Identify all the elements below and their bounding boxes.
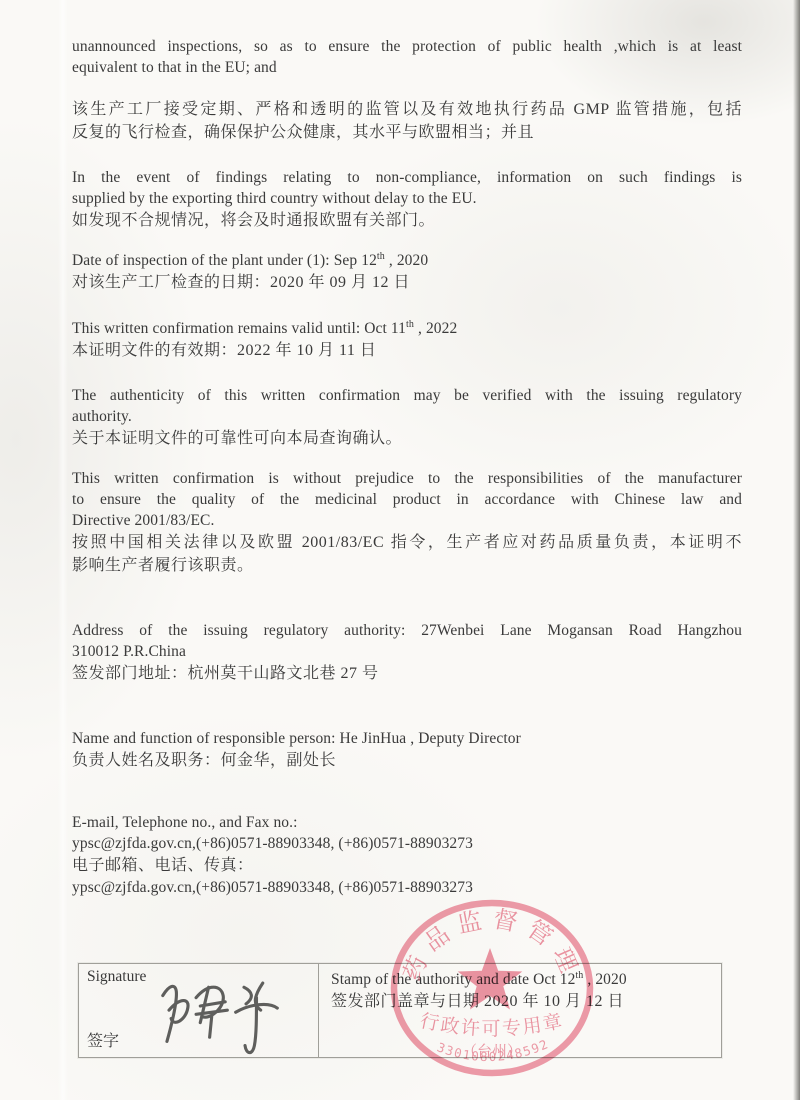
handwritten-signature <box>154 981 284 1057</box>
text-line: This written confirmation remains valid … <box>72 318 742 339</box>
text-line: 该生产工厂接受定期、严格和透明的监管以及有效地执行药品 GMP 监管措施，包括 <box>72 98 742 121</box>
text-line: Directive 2001/83/EC. <box>72 510 742 531</box>
text-line: In the event of findings relating to non… <box>72 167 742 188</box>
paragraph-contact-info: E-mail, Telephone no., and Fax no.: ypsc… <box>72 812 742 898</box>
text-line: 影响生产者履行该职责。 <box>72 554 742 577</box>
text-line: Address of the issuing regulatory author… <box>72 620 742 641</box>
text-line: 负责人姓名及职务：何金华，副处长 <box>72 749 742 772</box>
table-column-divider <box>318 964 319 1057</box>
text-line: This written confirmation is without pre… <box>72 468 742 489</box>
text-line: Name and function of responsible person:… <box>72 728 742 749</box>
text-line: E-mail, Telephone no., and Fax no.: <box>72 812 742 833</box>
text-line: unannounced inspections, so as to ensure… <box>72 36 742 57</box>
paragraph-public-health-en: unannounced inspections, so as to ensure… <box>72 36 742 78</box>
date-text: Stamp of the authority and date Oct 12 <box>331 971 575 988</box>
paragraph-inspection-date: Date of inspection of the plant under (1… <box>72 250 742 294</box>
text-line: 电子邮箱、电话、传真： <box>72 854 742 877</box>
signature-label-zh: 签字 <box>87 1028 119 1051</box>
email-phone-line: ypsc@zjfda.gov.cn,(+86)0571-88903348, (+… <box>72 877 742 898</box>
scanned-document-page: unannounced inspections, so as to ensure… <box>0 0 800 1100</box>
text-line: 如发现不合规情况，将会及时通报欧盟有关部门。 <box>72 209 742 232</box>
signature-label-en: Signature <box>87 968 146 986</box>
paragraph-responsible-person: Name and function of responsible person:… <box>72 728 742 772</box>
text-line: supplied by the exporting third country … <box>72 188 742 209</box>
ordinal-superscript: th <box>377 251 385 262</box>
date-text: , 2020 <box>385 252 428 269</box>
stamp-date-line-en: Stamp of the authority and date Oct 12th… <box>331 969 715 990</box>
text-line: The authenticity of this written confirm… <box>72 385 742 406</box>
date-text: Date of inspection of the plant under (1… <box>72 252 377 269</box>
scan-fold-artifact <box>58 0 68 1100</box>
text-line: 反复的飞行检查，确保保护公众健康，其水平与欧盟相当；并且 <box>72 121 742 144</box>
date-text: This written confirmation remains valid … <box>72 320 406 337</box>
scan-edge-artifact <box>793 0 800 1100</box>
text-line: authority. <box>72 406 742 427</box>
email-phone-line: ypsc@zjfda.gov.cn,(+86)0571-88903348, (+… <box>72 833 742 854</box>
paragraph-without-prejudice: This written confirmation is without pre… <box>72 468 742 577</box>
paragraph-authenticity: The authenticity of this written confirm… <box>72 385 742 450</box>
paragraph-authority-address: Address of the issuing regulatory author… <box>72 620 742 685</box>
text-line: 310012 P.R.China <box>72 641 742 662</box>
paragraph-gmp-supervision-zh: 该生产工厂接受定期、严格和透明的监管以及有效地执行药品 GMP 监管措施，包括 … <box>72 98 742 144</box>
stamp-date-line-zh: 签发部门盖章与日期 2020 年 10 月 12 日 <box>331 990 715 1013</box>
date-text: , 2022 <box>414 320 457 337</box>
stamp-cell: Stamp of the authority and date Oct 12th… <box>331 969 715 1013</box>
text-line: 对该生产工厂检查的日期：2020 年 09 月 12 日 <box>72 271 742 294</box>
paragraph-validity-date: This written confirmation remains valid … <box>72 318 742 362</box>
text-line: 按照中国相关法律以及欧盟 2001/83/EC 指令，生产者应对药品质量负责，本… <box>72 531 742 554</box>
text-line: 本证明文件的有效期：2022 年 10 月 11 日 <box>72 339 742 362</box>
text-line: to ensure the quality of the medicinal p… <box>72 489 742 510</box>
signature-stamp-table: Signature 签字 Stamp of the authority and … <box>78 963 722 1058</box>
date-text: , 2020 <box>583 971 626 988</box>
text-line: equivalent to that in the EU; and <box>72 57 742 78</box>
text-line: 签发部门地址：杭州莫干山路文北巷 27 号 <box>72 662 742 685</box>
ordinal-superscript: th <box>406 319 414 330</box>
paragraph-non-compliance: In the event of findings relating to non… <box>72 167 742 232</box>
text-line: Date of inspection of the plant under (1… <box>72 250 742 271</box>
text-line: 关于本证明文件的可靠性可向本局查询确认。 <box>72 427 742 450</box>
